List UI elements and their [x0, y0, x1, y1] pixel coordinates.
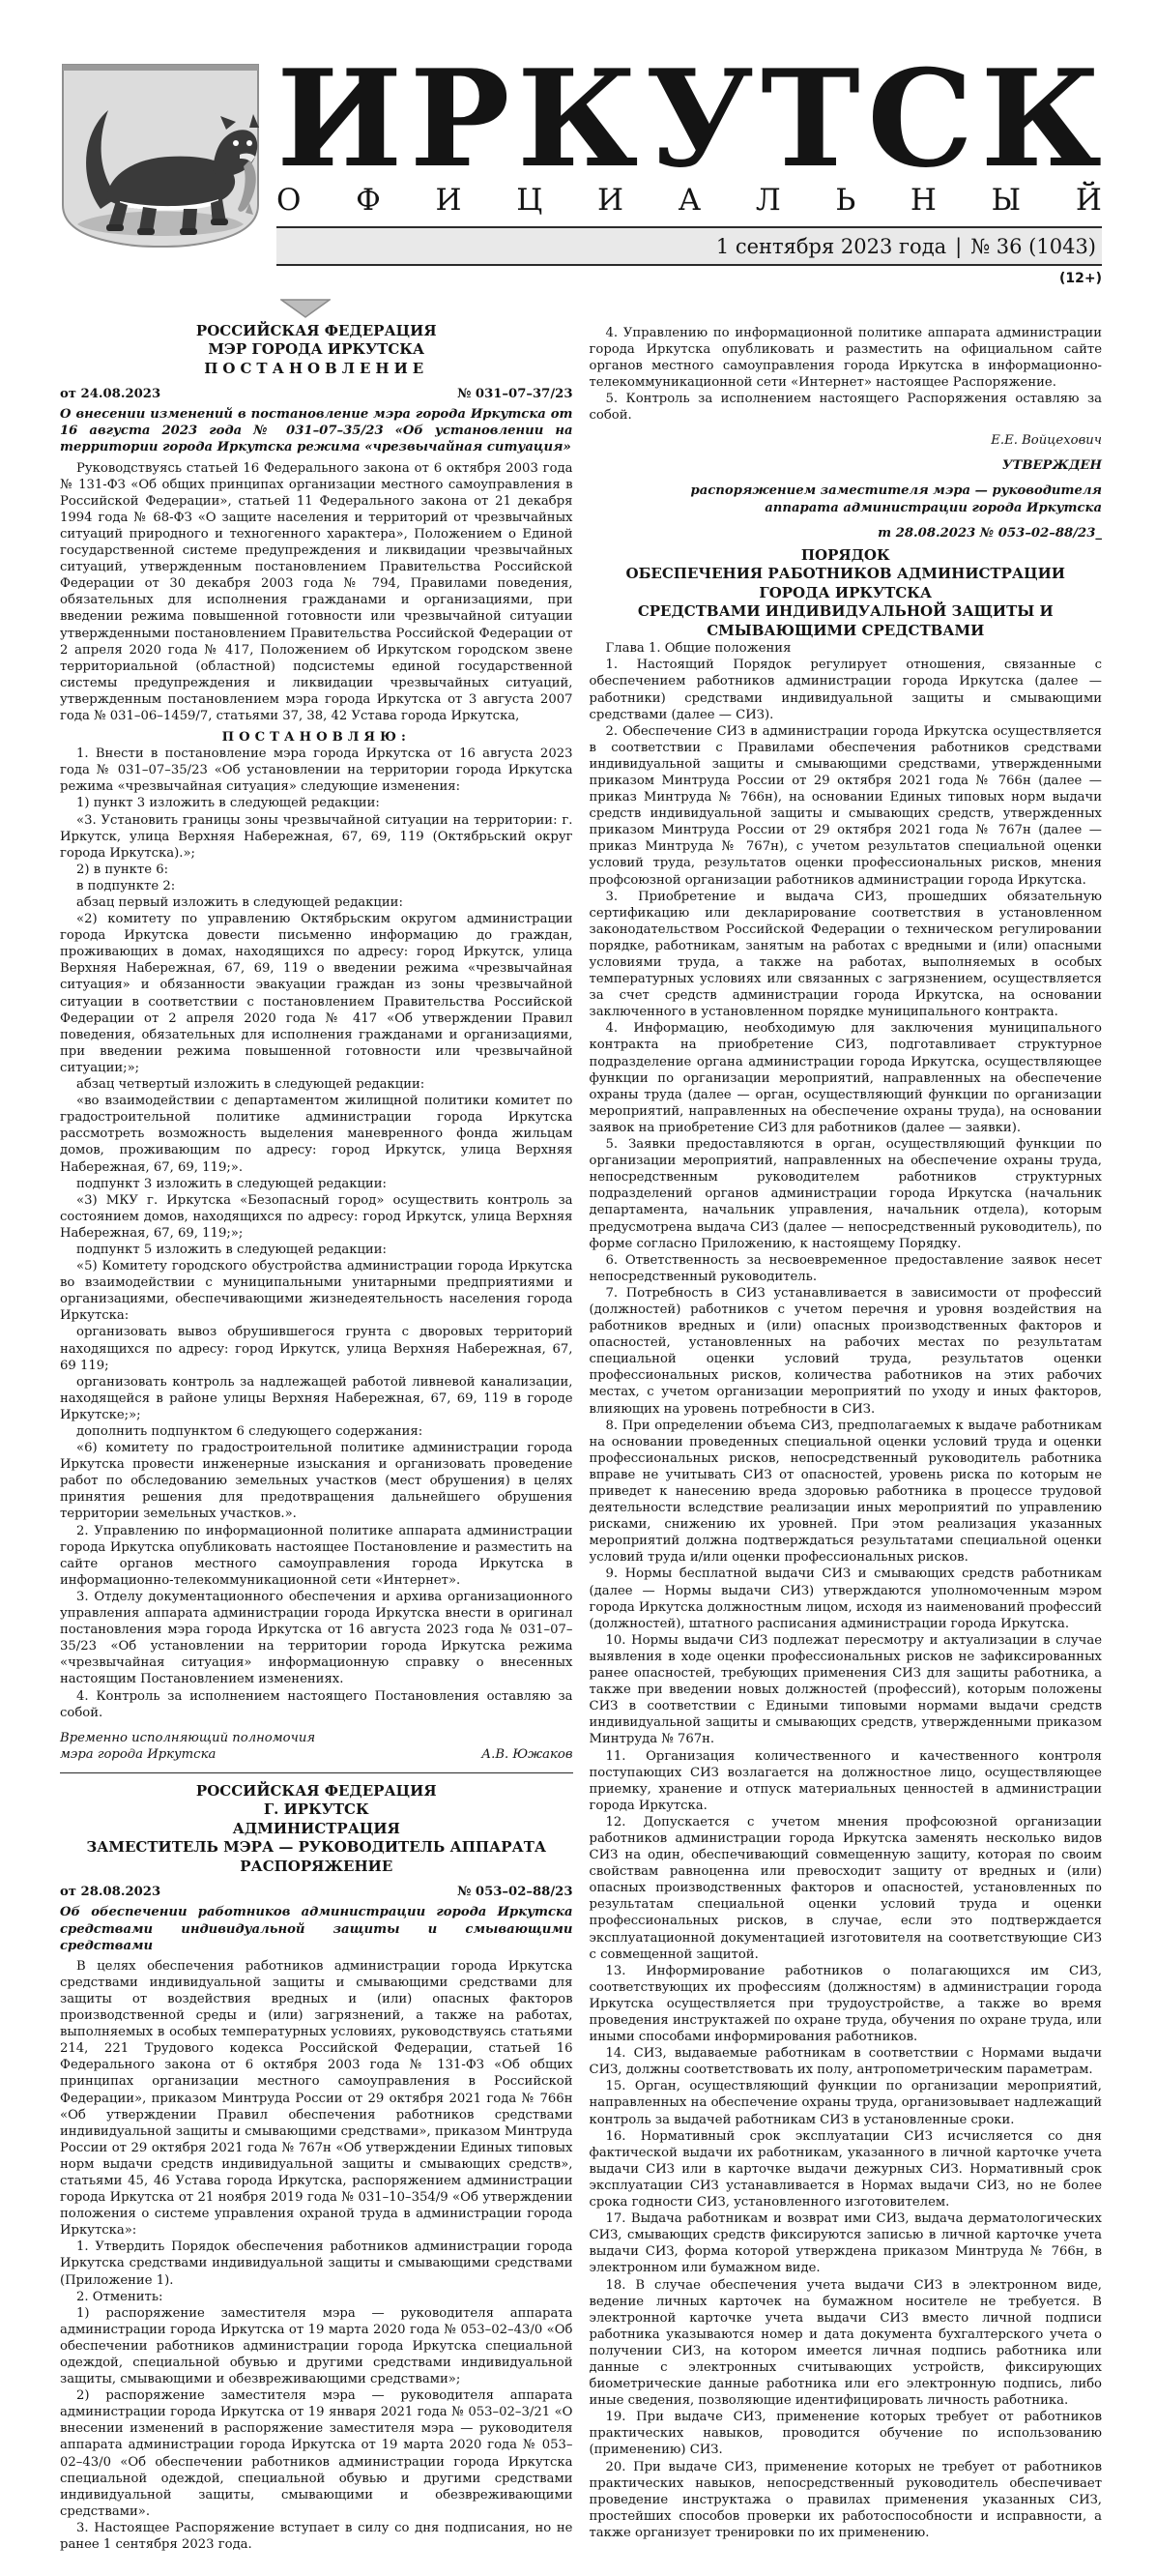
- text-block: распоряжением заместителя мэра — руковод…: [590, 483, 1103, 499]
- arrow-row: [60, 299, 573, 322]
- letter: Т: [761, 64, 860, 173]
- dateline: от 24.08.2023№ 031–07–37/23: [60, 386, 573, 402]
- date-bar: 1 сентября 2023 года | № 36 (1043): [276, 226, 1102, 266]
- row-left: от 28.08.2023: [60, 1884, 160, 1900]
- text-block: «2) комитету по управлению Октябрьским о…: [60, 911, 573, 1076]
- newspaper-page: ИРКУТСК ОФИЦИАЛЬНЫЙ 1 сентября 2023 года…: [0, 0, 1156, 2576]
- row-left: Временно исполняющий полномочия мэра гор…: [60, 1730, 315, 1763]
- letter: Ь: [835, 185, 855, 217]
- text-block: 7. Потребность в СИЗ устанавливается в з…: [590, 1285, 1103, 1418]
- text-block: 2. Обеспечение СИЗ в администрации город…: [590, 723, 1103, 889]
- letter: С: [867, 64, 973, 173]
- text-block: аппарата администрации города Иркутска: [590, 500, 1103, 516]
- text-block: абзац первый изложить в следующей редакц…: [60, 894, 573, 911]
- signature-row: Временно исполняющий полномочия мэра гор…: [60, 1730, 573, 1763]
- right-column-blocks: 4. Управлению по информационной политике…: [590, 325, 1103, 2541]
- letter: Ц: [516, 185, 542, 217]
- letter: Н: [910, 185, 937, 217]
- text-block: 3. Настоящее Распоряжение вступает в сил…: [60, 2520, 573, 2553]
- newspaper-title: ИРКУТСК: [276, 64, 1102, 173]
- text-block: Руководствуясь статьей 16 Федерального з…: [60, 460, 573, 725]
- text-block: «во взаимодействии с департаментом жилищ…: [60, 1093, 573, 1175]
- article-columns: РОССИЙСКАЯ ФЕДЕРАЦИЯМЭР ГОРОДА ИРКУТСКАП…: [60, 299, 1102, 2553]
- text-block: Г. ИРКУТСК: [60, 1800, 573, 1820]
- text-block: ПОРЯДОК: [590, 546, 1103, 566]
- continuation-arrow-icon: [280, 299, 331, 318]
- text-block: 6. Ответственность за несвоевременное пр…: [590, 1252, 1103, 1285]
- text-block: ЗАМЕСТИТЕЛЬ МЭРА — РУКОВОДИТЕЛЬ АППАРАТА: [60, 1838, 573, 1858]
- text-block: 1) распоряжение заместителя мэра — руков…: [60, 2305, 573, 2387]
- text-block: 14. СИЗ, выдаваемые работникам в соответ…: [590, 2045, 1103, 2078]
- issue-number: № 36 (1043): [970, 235, 1096, 258]
- text-block: подпункт 5 изложить в следующей редакции…: [60, 1242, 573, 1258]
- date-separator: |: [955, 235, 962, 258]
- left-column-blocks: РОССИЙСКАЯ ФЕДЕРАЦИЯМЭР ГОРОДА ИРКУТСКАП…: [60, 322, 573, 2553]
- text-block: УТВЕРЖДЕН: [590, 457, 1103, 474]
- text-block: 20. При выдаче СИЗ, применение которых н…: [590, 2459, 1103, 2541]
- letter: А: [679, 185, 701, 217]
- coat-of-arms: [60, 62, 261, 248]
- letter: О: [276, 185, 301, 217]
- text-block: РОССИЙСКАЯ ФЕДЕРАЦИЯ: [60, 322, 573, 341]
- letter: И: [436, 185, 462, 217]
- text-block: 3. Приобретение и выдача СИЗ, прошедших …: [590, 889, 1103, 1021]
- letter: Л: [756, 185, 781, 217]
- letter: Й: [1076, 185, 1102, 217]
- row-right: № 053–02–88/23: [457, 1884, 573, 1900]
- text-block: 4. Информацию, необходимую для заключени…: [590, 1020, 1103, 1136]
- letter: И: [276, 64, 402, 173]
- text-block: 2. Управлению по информационной политике…: [60, 1523, 573, 1589]
- right-column: 4. Управлению по информационной политике…: [590, 299, 1103, 2553]
- text-block: 18. В случае обеспечения учета выдачи СИ…: [590, 2277, 1103, 2410]
- left-column: РОССИЙСКАЯ ФЕДЕРАЦИЯМЭР ГОРОДА ИРКУТСКАП…: [60, 299, 573, 2553]
- section-divider: [60, 1772, 573, 1773]
- issue-date: 1 сентября 2023 года: [716, 235, 946, 258]
- text-block: ОБЕСПЕЧЕНИЯ РАБОТНИКОВ АДМИНИСТРАЦИИ ГОР…: [590, 565, 1103, 602]
- letter: Ф: [356, 185, 381, 217]
- text-block: 4. Управлению по информационной политике…: [590, 325, 1103, 391]
- coat-of-arms-babr-icon: [60, 62, 261, 248]
- text-block: 2) распоряжение заместителя мэра — руков…: [60, 2387, 573, 2520]
- text-block: 1. Внести в постановление мэра города Ир…: [60, 746, 573, 795]
- text-block: «3) МКУ г. Иркутска «Безопасный город» о…: [60, 1192, 573, 1242]
- text-block: «5) Комитету городского обустройства адм…: [60, 1258, 573, 1324]
- text-block: 11. Организация количественного и качест…: [590, 1748, 1103, 1814]
- text-block: 17. Выдача работникам и возврат ими СИЗ,…: [590, 2210, 1103, 2276]
- letter: Р: [410, 64, 510, 173]
- text-block: 13. Информирование работников о полагающ…: [590, 1963, 1103, 2045]
- text-block: 8. При определении объема СИЗ, предполаг…: [590, 1418, 1103, 1566]
- text-block: 15. Орган, осуществляющий функции по орг…: [590, 2078, 1103, 2127]
- age-rating-badge: (12+): [276, 271, 1102, 286]
- text-block: В целях обеспечения работников администр…: [60, 1958, 573, 2239]
- text-block: «6) комитету по градостроительной полити…: [60, 1440, 573, 1522]
- text-block: 12. Допускается с учетом мнения профсоюз…: [590, 1814, 1103, 1963]
- text-block: 1) пункт 3 изложить в следующей редакции…: [60, 795, 573, 811]
- text-block: «3. Установить границы зоны чрезвычайной…: [60, 812, 573, 862]
- text-block: 5. Заявки предоставляются в орган, осуще…: [590, 1136, 1103, 1252]
- text-block: 5. Контроль за исполнением настоящего Ра…: [590, 391, 1103, 424]
- text-block: Е.Е. Войцехович: [590, 432, 1103, 449]
- masthead-right: ИРКУТСК ОФИЦИАЛЬНЫЙ 1 сентября 2023 года…: [276, 62, 1102, 286]
- letter: К: [517, 64, 639, 173]
- text-block: ПОСТАНОВЛЯЮ:: [60, 729, 573, 746]
- text-block: в подпункте 2:: [60, 878, 573, 894]
- text-block: Об обеспечении работников администрации …: [60, 1904, 573, 1953]
- text-block: РАСПОРЯЖЕНИЕ: [60, 1858, 573, 1877]
- text-block: абзац четвертый изложить в следующей ред…: [60, 1076, 573, 1093]
- text-block: 1. Настоящий Порядок регулирует отношени…: [590, 657, 1103, 722]
- row-right: № 031–07–37/23: [457, 386, 573, 402]
- text-block: Глава 1. Общие положения: [590, 640, 1103, 657]
- text-block: ПОСТАНОВЛЕНИЕ: [60, 360, 573, 379]
- text-block: т 28.08.2023 № 053–02–88/23_: [590, 525, 1103, 542]
- text-block: 4. Контроль за исполнением настоящего По…: [60, 1688, 573, 1721]
- text-block: дополнить подпунктом 6 следующего содерж…: [60, 1423, 573, 1440]
- text-block: МЭР ГОРОДА ИРКУТСКА: [60, 340, 573, 360]
- text-block: организовать вывоз обрушившегося грунта …: [60, 1324, 573, 1373]
- text-block: 1. Утвердить Порядок обеспечения работни…: [60, 2239, 573, 2288]
- text-block: АДМИНИСТРАЦИЯ: [60, 1820, 573, 1839]
- letter: К: [980, 64, 1102, 173]
- text-block: РОССИЙСКАЯ ФЕДЕРАЦИЯ: [60, 1782, 573, 1801]
- letter: Ы: [992, 185, 1022, 217]
- masthead: ИРКУТСК ОФИЦИАЛЬНЫЙ 1 сентября 2023 года…: [60, 62, 1102, 286]
- text-block: 9. Нормы бесплатной выдачи СИЗ и смывающ…: [590, 1566, 1103, 1631]
- text-block: 16. Нормативный срок эксплуатации СИЗ ис…: [590, 2128, 1103, 2210]
- text-block: СРЕДСТВАМИ ИНДИВИДУАЛЬНОЙ ЗАЩИТЫ И СМЫВА…: [590, 602, 1103, 640]
- text-block: О внесении изменений в постановление мэр…: [60, 406, 573, 455]
- text-block: организовать контроль за надлежащей рабо…: [60, 1374, 573, 1423]
- text-block: подпункт 3 изложить в следующей редакции…: [60, 1176, 573, 1192]
- dateline: от 28.08.2023№ 053–02–88/23: [60, 1884, 573, 1900]
- letter: У: [646, 64, 754, 173]
- text-block: 2) в пункте 6:: [60, 862, 573, 878]
- text-block: 19. При выдаче СИЗ, применение которых т…: [590, 2409, 1103, 2458]
- text-block: 3. Отделу документационного обеспечения …: [60, 1589, 573, 1688]
- letter: И: [597, 185, 623, 217]
- text-block: 2. Отменить:: [60, 2289, 573, 2305]
- row-right: А.В. Южаков: [481, 1746, 572, 1763]
- text-block: 10. Нормы выдачи СИЗ подлежат пересмотру…: [590, 1632, 1103, 1748]
- row-left: от 24.08.2023: [60, 386, 160, 402]
